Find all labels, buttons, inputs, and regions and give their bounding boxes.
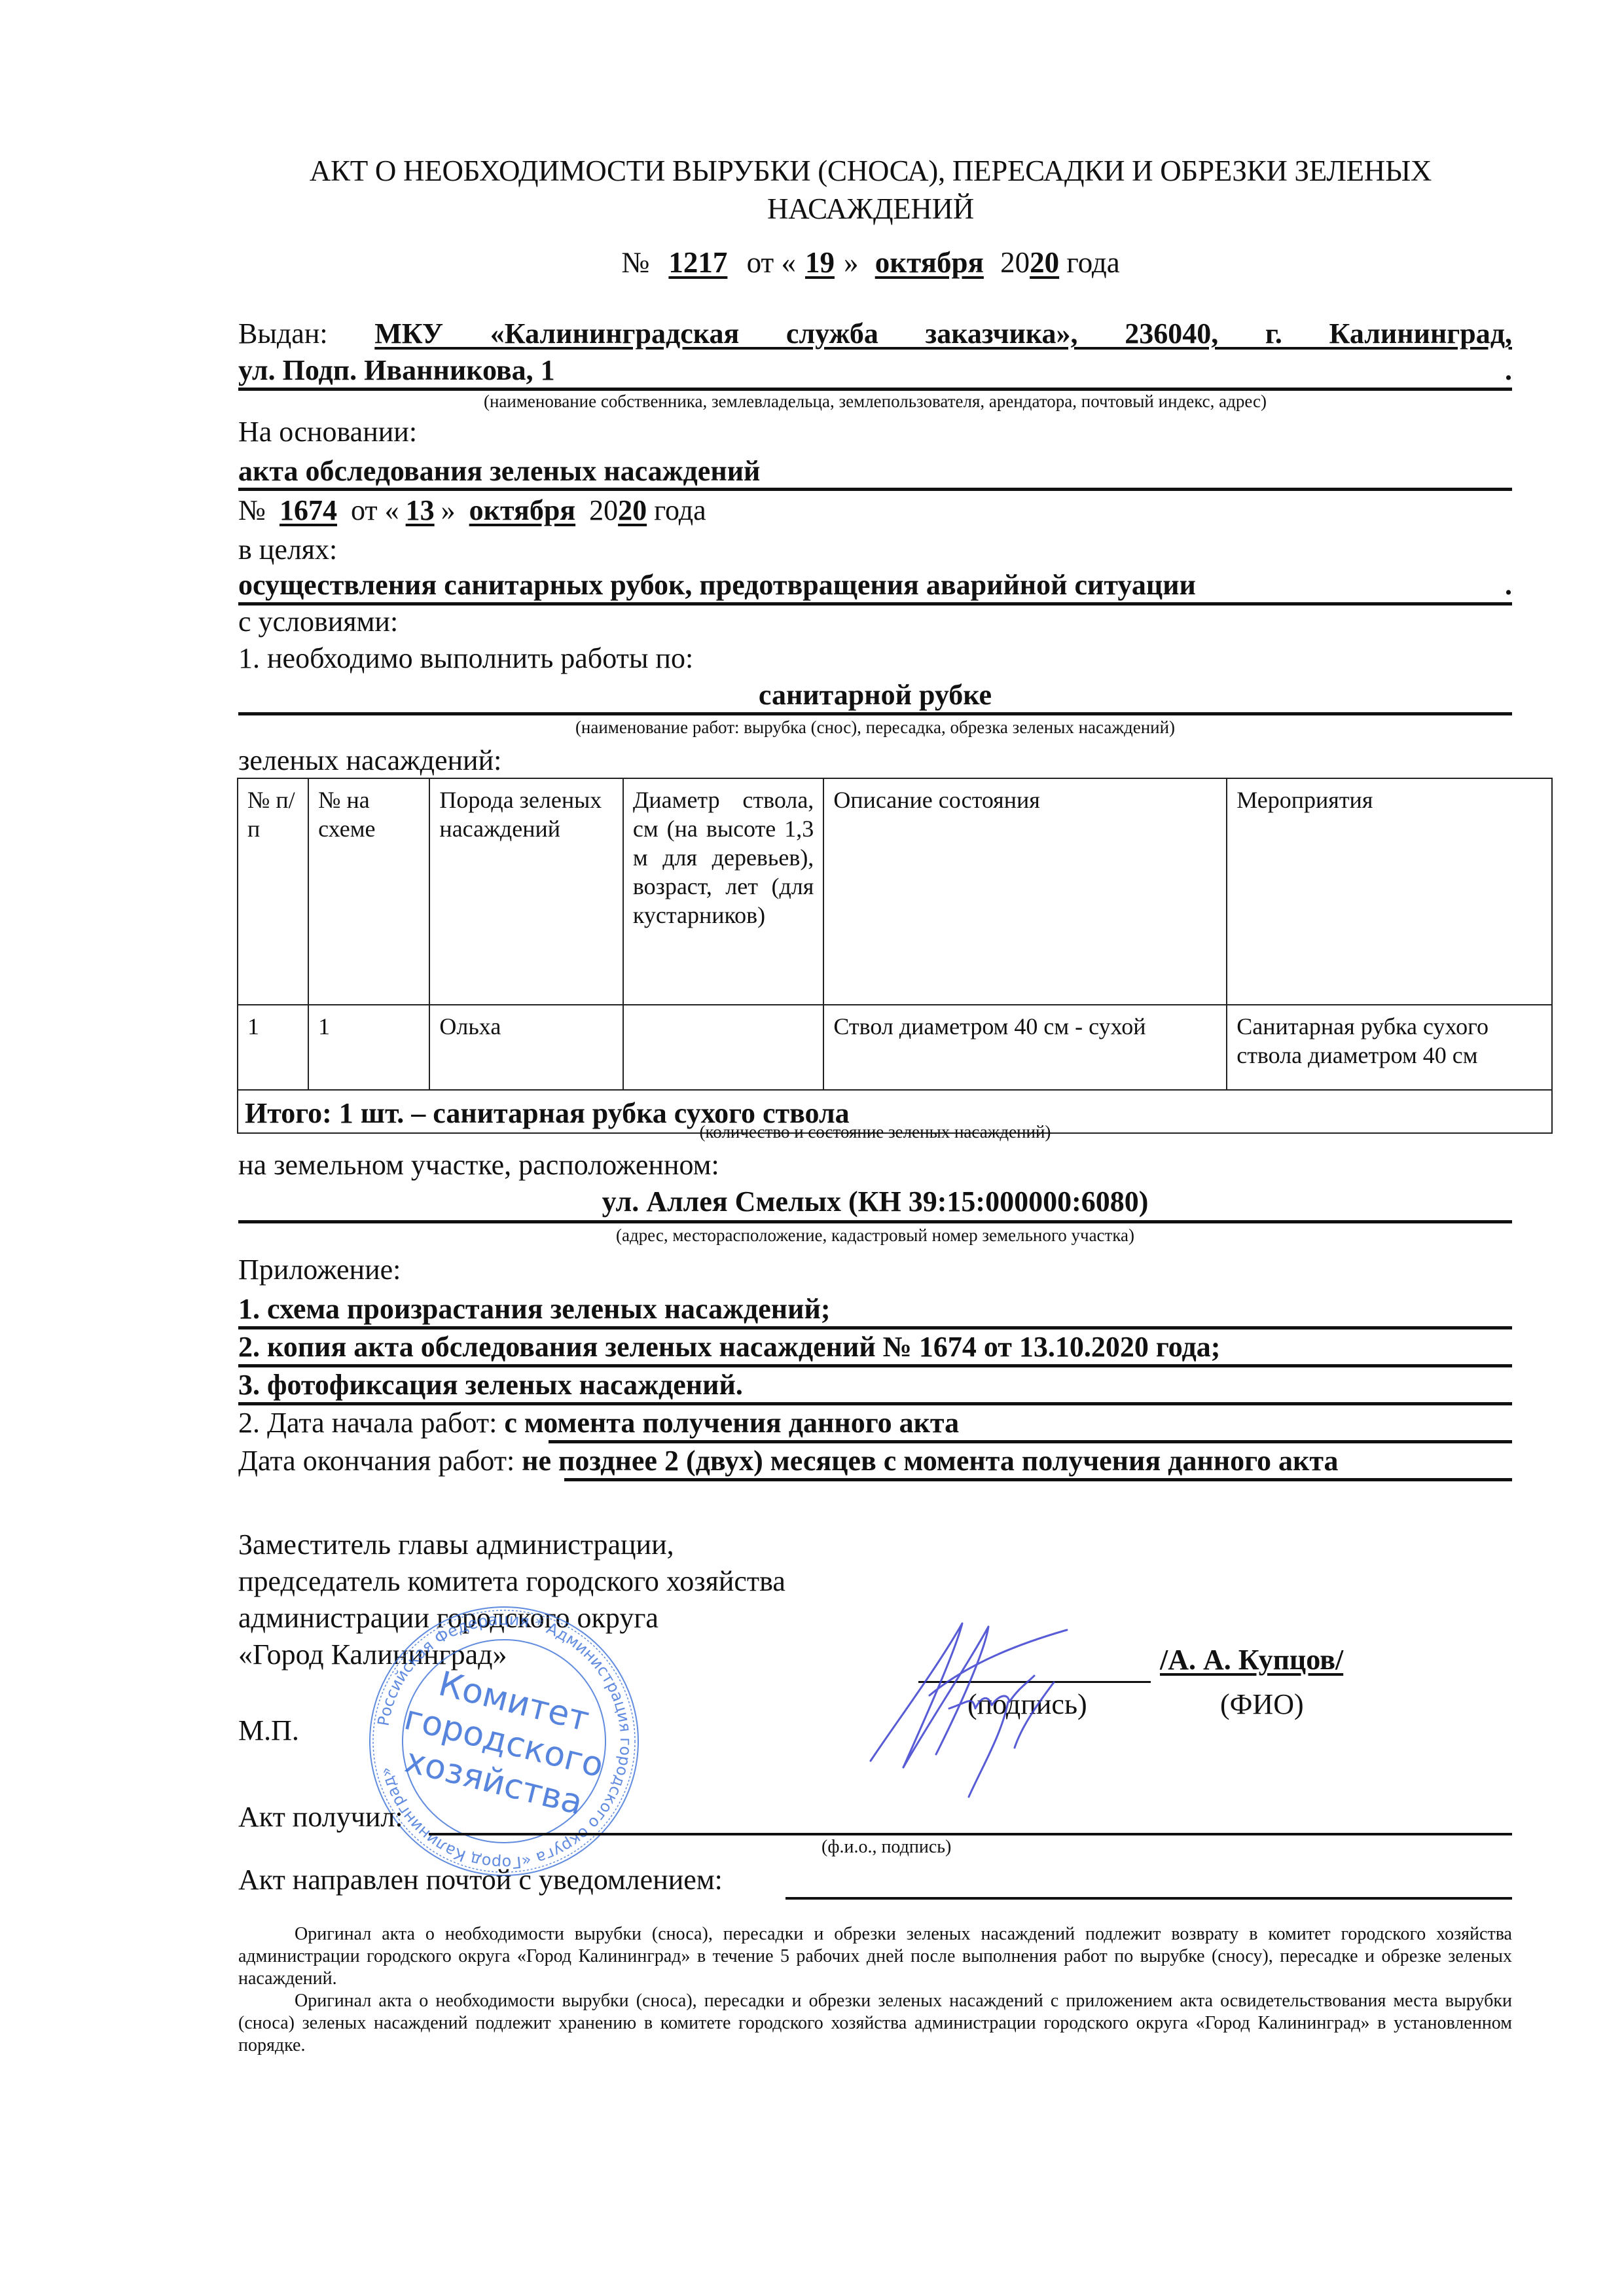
document-title: АКТ О НЕОБХОДИМОСТИ ВЫРУБКИ (СНОСА), ПЕР… bbox=[223, 152, 1519, 228]
received-label: Акт получил: bbox=[238, 1799, 1512, 1835]
received-caption: (ф.и.о., подпись) bbox=[821, 1837, 951, 1858]
basis-year-suffix: 20 bbox=[618, 494, 647, 526]
issued-value-line-2: ул. Подп. Иванникова, 1 bbox=[238, 354, 555, 386]
table-header-row: № п/п № на схеме Порода зеленых насажден… bbox=[238, 778, 1552, 1005]
end-date-value: не позднее 2 (двух) месяцев с момента по… bbox=[522, 1445, 1338, 1477]
cell-condition: Ствол диаметром 40 см - сухой bbox=[823, 1005, 1227, 1090]
cell-measures: Санитарная рубка сухого ствола диаметром… bbox=[1227, 1005, 1552, 1090]
start-date-line: 2. Дата начала работ: с момента получени… bbox=[238, 1405, 1512, 1441]
position-line: председатель комитета городского хозяйст… bbox=[238, 1563, 785, 1600]
name-caption: (ФИО) bbox=[1220, 1688, 1304, 1721]
plants-label: зеленых насаждений: bbox=[238, 742, 1512, 779]
cell-scheme-number: 1 bbox=[308, 1005, 429, 1090]
work-value: санитарной рубке bbox=[238, 677, 1512, 714]
basis-month: октября bbox=[463, 494, 582, 526]
year-suffix: 20 bbox=[1030, 246, 1059, 279]
title-line-2: НАСАЖДЕНИЙ bbox=[223, 190, 1519, 228]
cell-species: Ольха bbox=[429, 1005, 623, 1090]
basis-day-close: » bbox=[441, 494, 456, 526]
header-cell: № п/п bbox=[238, 778, 308, 1005]
act-number-line: № 1217 от «19» октября 2020 года bbox=[223, 244, 1519, 281]
basis-number: 1674 bbox=[273, 494, 344, 526]
purpose-line: осуществления санитарных рубок, предотвр… bbox=[238, 567, 1512, 604]
issued-line-2: ул. Подп. Иванникова, 1 . bbox=[238, 352, 1512, 389]
footer-paragraph-2: Оригинал акта о необходимости вырубки (с… bbox=[238, 1990, 1512, 2057]
mailed-label: Акт направлен почтой с уведомлением: bbox=[238, 1862, 1512, 1898]
issued-trailing-dot: . bbox=[1505, 352, 1512, 389]
purpose-trailing-dot: . bbox=[1505, 567, 1512, 604]
basis-year-prefix: 20 bbox=[589, 494, 618, 526]
footer-notes: Оригинал акта о необходимости вырубки (с… bbox=[238, 1923, 1512, 2057]
start-date-label: 2. Дата начала работ: bbox=[238, 1407, 497, 1439]
conditions-label: с условиями: bbox=[238, 604, 1512, 640]
date-from-label: от bbox=[747, 246, 774, 279]
purpose-label: в целях: bbox=[238, 532, 1512, 568]
issued-label: Выдан: bbox=[238, 317, 328, 350]
header-cell: № на схеме bbox=[308, 778, 429, 1005]
footer-paragraph-1: Оригинал акта о необходимости вырубки (с… bbox=[238, 1923, 1512, 1990]
header-cell: Мероприятия bbox=[1227, 778, 1552, 1005]
year-label: года bbox=[1066, 246, 1119, 279]
basis-underline bbox=[238, 488, 1512, 491]
appendix-label: Приложение: bbox=[238, 1252, 1512, 1288]
end-date-label: Дата окончания работ: bbox=[238, 1445, 514, 1477]
cell-index: 1 bbox=[238, 1005, 308, 1090]
header-cell: Порода зеленых насаждений bbox=[429, 778, 623, 1005]
header-cell: Описание состояния bbox=[823, 778, 1227, 1005]
table-caption: (количество и состояние зеленых насажден… bbox=[238, 1121, 1512, 1143]
mailed-underline bbox=[785, 1897, 1512, 1900]
end-date-underline bbox=[564, 1478, 1512, 1481]
location-caption: (адрес, месторасположение, кадастровый н… bbox=[238, 1224, 1512, 1246]
work-underline bbox=[238, 712, 1512, 715]
position-line: Заместитель главы администрации, bbox=[238, 1527, 785, 1563]
basis-date-from: от « bbox=[351, 494, 399, 526]
official-stamp-icon: Российская Федерация * Администрация гор… bbox=[367, 1604, 641, 1879]
basis-day: 13 bbox=[399, 494, 441, 526]
appendix-item-3: 3. фотофиксация зеленых насаждений. bbox=[238, 1367, 1512, 1403]
appendix-item-2: 2. копия акта обследования зеленых насаж… bbox=[238, 1329, 1512, 1365]
work-caption: (наименование работ: вырубка (снос), пер… bbox=[238, 716, 1512, 738]
location-underline bbox=[238, 1220, 1512, 1223]
act-day: 19 bbox=[796, 246, 844, 279]
issued-line-1: Выдан: МКУ «Калининградская служба заказ… bbox=[238, 316, 1512, 352]
issued-value-line-1: МКУ «Калининградская служба заказчика», … bbox=[374, 317, 1512, 350]
end-date-line: Дата окончания работ: не позднее 2 (двух… bbox=[238, 1443, 1512, 1479]
appendix-item-1: 1. схема произрастания зеленых насаждени… bbox=[238, 1291, 1512, 1328]
handwritten-signature-icon bbox=[857, 1597, 1172, 1807]
title-line-1: АКТ О НЕОБХОДИМОСТИ ВЫРУБКИ (СНОСА), ПЕР… bbox=[223, 152, 1519, 190]
plants-table: № п/п № на схеме Порода зеленых насажден… bbox=[237, 778, 1553, 1134]
act-number: 1217 bbox=[657, 246, 739, 279]
act-month: октября bbox=[866, 246, 993, 279]
location-value: ул. Аллея Смелых (КН 39:15:000000:6080) bbox=[238, 1184, 1512, 1220]
number-prefix: № bbox=[621, 246, 649, 279]
table-row: 1 1 Ольха Ствол диаметром 40 см - сухой … bbox=[238, 1005, 1552, 1090]
document-page: АКТ О НЕОБХОДИМОСТИ ВЫРУБКИ (СНОСА), ПЕР… bbox=[0, 0, 1624, 2295]
conditions-item-1: 1. необходимо выполнить работы по: bbox=[238, 640, 1512, 677]
purpose-value: осуществления санитарных рубок, предотвр… bbox=[238, 569, 1196, 601]
basis-number-prefix: № bbox=[238, 494, 266, 526]
signatory-name: /А. А. Купцов/ bbox=[1160, 1643, 1343, 1676]
basis-label: На основании: bbox=[238, 414, 1512, 450]
cell-diameter bbox=[623, 1005, 823, 1090]
received-underline bbox=[429, 1833, 1512, 1835]
start-date-value: с момента получения данного акта bbox=[504, 1407, 959, 1439]
basis-value: акта обследования зеленых насаждений bbox=[238, 453, 1512, 490]
header-cell: Диаметр ствола, см (на высоте 1,3 м для … bbox=[623, 778, 823, 1005]
year-prefix: 20 bbox=[1000, 246, 1030, 279]
basis-year-label: года bbox=[654, 494, 706, 526]
basis-number-line: № 1674 от «13» октября 2020 года bbox=[238, 492, 1512, 529]
seal-label: М.П. bbox=[238, 1714, 299, 1747]
location-label: на земельном участке, расположенном: bbox=[238, 1147, 1512, 1184]
issued-caption: (наименование собственника, землевладель… bbox=[238, 390, 1512, 412]
